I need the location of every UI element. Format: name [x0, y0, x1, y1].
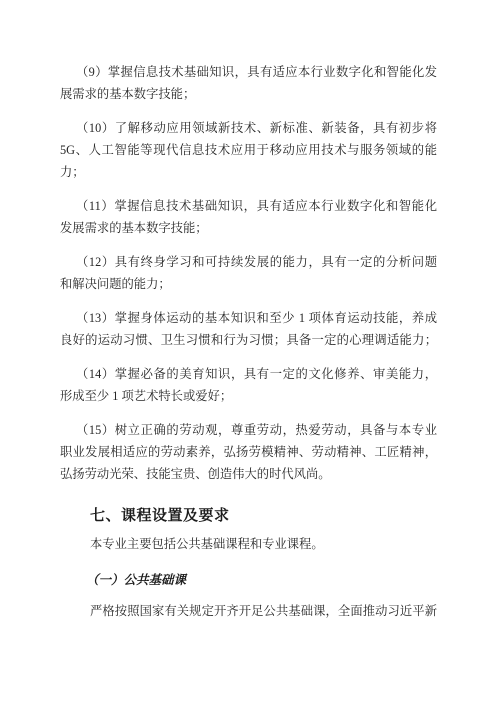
section-heading-text: 七、课程设置及要求 — [60, 505, 437, 527]
body-line: （13）掌握身体运动的基本知识和至少 1 项体育运动技能，养成 — [60, 307, 437, 329]
section-heading-courses: 七、课程设置及要求 — [60, 505, 437, 527]
body-line: （12）具有终身学习和可持续发展的能力，具有一定的分析问题 — [60, 251, 437, 273]
body-line: 形成至少 1 项艺术特长或爱好； — [60, 385, 437, 407]
body-line: （14）掌握必备的美育知识，具有一定的文化修养、审美能力， — [60, 363, 437, 385]
paragraph-item-12: （12）具有终身学习和可持续发展的能力，具有一定的分析问题 和解决问题的能力； — [60, 251, 437, 295]
body-line: 展需求的基本数字技能； — [60, 83, 437, 105]
paragraph-item-15: （15）树立正确的劳动观，尊重劳动，热爱劳动，具备与本专业 职业发展相适应的劳动… — [60, 419, 437, 485]
body-line: 弘扬劳动光荣、技能宝贵、创造伟大的时代风尚。 — [60, 463, 437, 485]
body-line: 和解决问题的能力； — [60, 273, 437, 295]
paragraph-item-9: （9）掌握信息技术基础知识，具有适应本行业数字化和智能化发 展需求的基本数字技能… — [60, 61, 437, 105]
paragraph-item-10: （10）了解移动应用领域新技术、新标准、新装备，具有初步将 5G、人工智能等现代… — [60, 117, 437, 183]
body-line: （15）树立正确的劳动观，尊重劳动，热爱劳动，具备与本专业 — [60, 419, 437, 441]
body-line: 力； — [60, 161, 437, 183]
document-page: （9）掌握信息技术基础知识，具有适应本行业数字化和智能化发 展需求的基本数字技能… — [0, 0, 500, 707]
paragraph-public-basic-body: 严格按照国家有关规定开齐开足公共基础课，全面推动习近平新 — [60, 600, 437, 622]
body-line: （11）掌握信息技术基础知识，具有适应本行业数字化和智能化 — [60, 195, 437, 217]
paragraph-item-11: （11）掌握信息技术基础知识，具有适应本行业数字化和智能化 发展需求的基本数字技… — [60, 195, 437, 239]
body-line: （9）掌握信息技术基础知识，具有适应本行业数字化和智能化发 — [60, 61, 437, 83]
body-line: 5G、人工智能等现代信息技术应用于移动应用技术与服务领域的能 — [60, 139, 437, 161]
body-line: 本专业主要包括公共基础课程和专业课程。 — [60, 533, 437, 555]
document-text-block: （9）掌握信息技术基础知识，具有适应本行业数字化和智能化发 展需求的基本数字技能… — [60, 61, 437, 622]
subsection-heading-public-basic-courses: （一）公共基础课 — [60, 569, 437, 591]
paragraph-item-14: （14）掌握必备的美育知识，具有一定的文化修养、审美能力， 形成至少 1 项艺术… — [60, 363, 437, 407]
body-line: 严格按照国家有关规定开齐开足公共基础课，全面推动习近平新 — [60, 600, 437, 622]
body-line: （10）了解移动应用领域新技术、新标准、新装备，具有初步将 — [60, 117, 437, 139]
body-line: 发展需求的基本数字技能； — [60, 217, 437, 239]
paragraph-item-13: （13）掌握身体运动的基本知识和至少 1 项体育运动技能，养成 良好的运动习惯、… — [60, 307, 437, 351]
paragraph-intro: 本专业主要包括公共基础课程和专业课程。 — [60, 533, 437, 555]
subsection-heading-text: （一）公共基础课 — [60, 569, 437, 591]
body-line: 良好的运动习惯、卫生习惯和行为习惯；具备一定的心理调适能力； — [60, 329, 437, 351]
body-line: 职业发展相适应的劳动素养，弘扬劳模精神、劳动精神、工匠精神， — [60, 441, 437, 463]
